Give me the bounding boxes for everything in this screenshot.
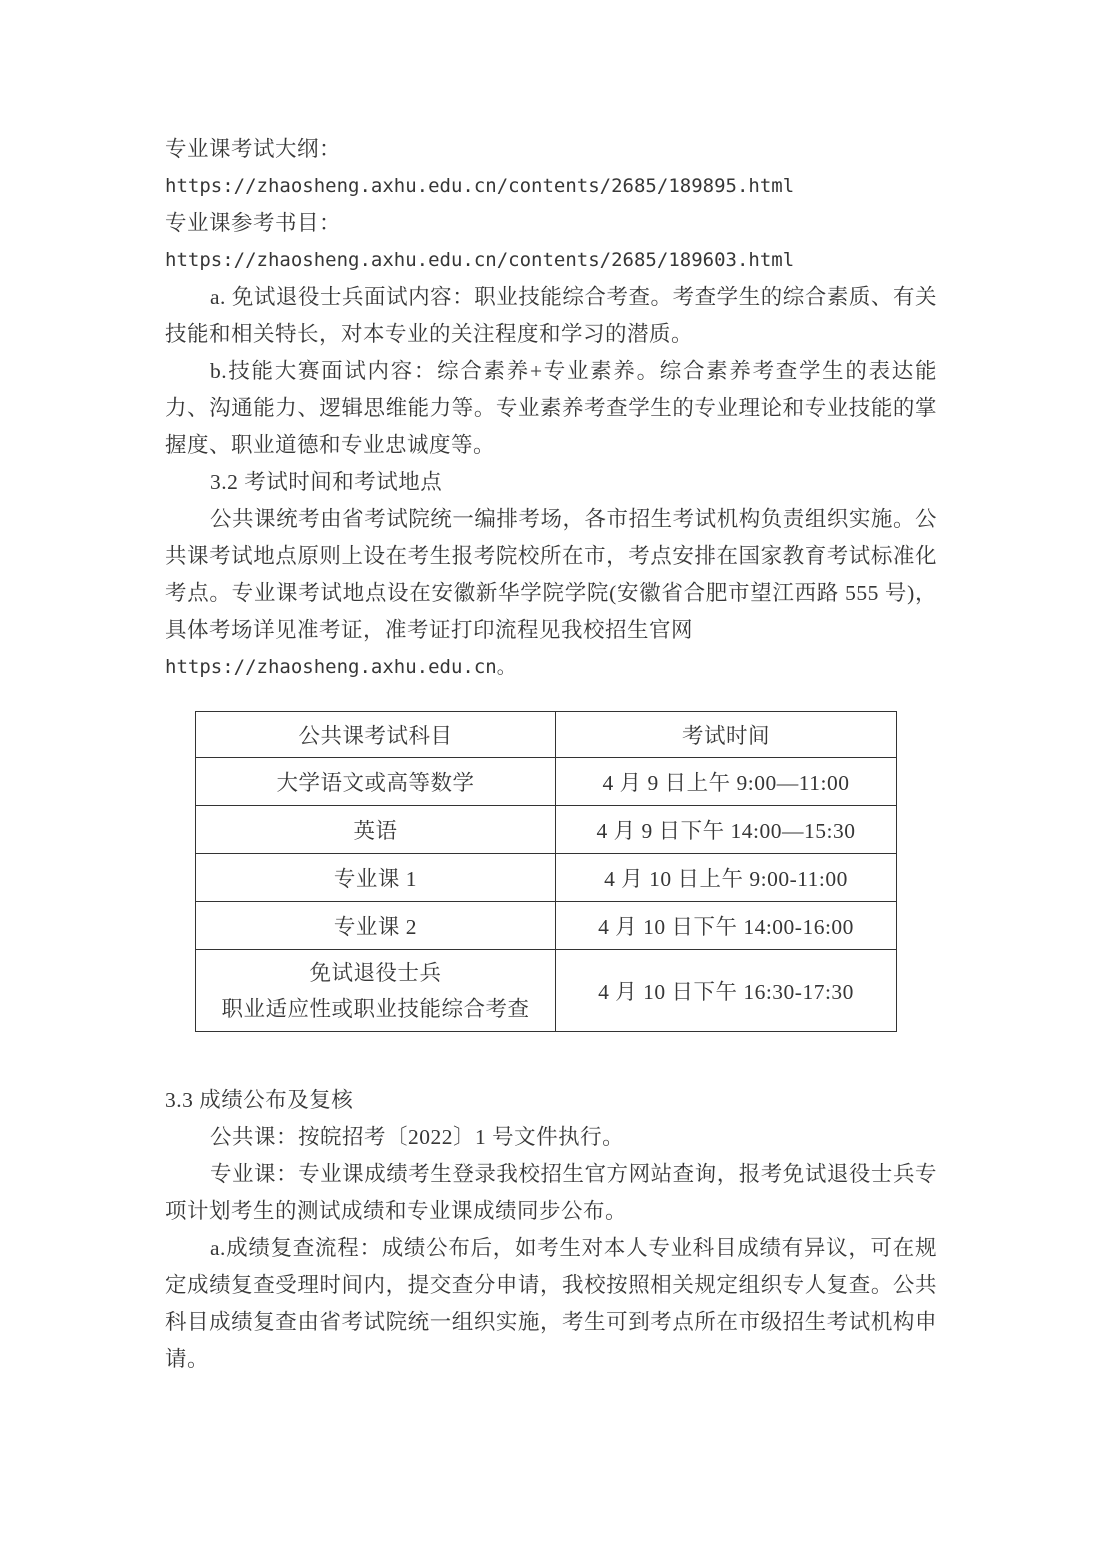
- url-reference-books[interactable]: https://zhaosheng.axhu.edu.cn/contents/2…: [165, 242, 937, 279]
- table-row: 专业课 1 4 月 10 日上午 9:00-11:00: [196, 854, 897, 902]
- cell-subject-line1: 免试退役士兵: [196, 955, 555, 991]
- cell-subject: 大学语文或高等数学: [196, 758, 556, 806]
- table-row: 免试退役士兵 职业适应性或职业技能综合考查 4 月 10 日下午 16:30-1…: [196, 950, 897, 1032]
- paragraph-reference-label: 专业课参考书目：: [165, 205, 937, 242]
- table-row: 专业课 2 4 月 10 日下午 14:00-16:00: [196, 902, 897, 950]
- paragraph-public-course-score: 公共课：按皖招考〔2022〕1 号文件执行。: [165, 1119, 937, 1156]
- table-row: 大学语文或高等数学 4 月 9 日上午 9:00—11:00: [196, 758, 897, 806]
- table-header-time: 考试时间: [556, 712, 897, 758]
- cell-time: 4 月 9 日上午 9:00—11:00: [556, 758, 897, 806]
- cell-subject: 英语: [196, 806, 556, 854]
- paragraph-exam-location: 公共课统考由省考试院统一编排考场，各市招生考试机构负责组织实施。公共课考试地点原…: [165, 501, 937, 649]
- cell-time: 4 月 10 日上午 9:00-11:00: [556, 854, 897, 902]
- table-header-row: 公共课考试科目 考试时间: [196, 712, 897, 758]
- paragraph-outline-label: 专业课考试大纲：: [165, 131, 937, 168]
- table-row: 英语 4 月 9 日下午 14:00—15:30: [196, 806, 897, 854]
- paragraph-veteran-interview: a. 免试退役士兵面试内容：职业技能综合考查。考查学生的综合素质、有关技能和相关…: [165, 279, 937, 353]
- paragraph-skill-competition-interview: b.技能大赛面试内容：综合素养+专业素养。综合素养考查学生的表达能力、沟通能力、…: [165, 353, 937, 464]
- cell-time: 4 月 9 日下午 14:00—15:30: [556, 806, 897, 854]
- document-page: 专业课考试大纲： https://zhaosheng.axhu.edu.cn/c…: [0, 0, 1102, 1559]
- heading-3-3: 3.3 成绩公布及复核: [165, 1082, 937, 1119]
- url-exam-outline[interactable]: https://zhaosheng.axhu.edu.cn/contents/2…: [165, 168, 937, 205]
- cell-subject: 免试退役士兵 职业适应性或职业技能综合考查: [196, 950, 556, 1032]
- paragraph-professional-course-score: 专业课：专业课成绩考生登录我校招生官方网站查询，报考免试退役士兵专项计划考生的测…: [165, 1156, 937, 1230]
- cell-time: 4 月 10 日下午 16:30-17:30: [556, 950, 897, 1032]
- document-content: 专业课考试大纲： https://zhaosheng.axhu.edu.cn/c…: [165, 131, 937, 1378]
- cell-subject: 专业课 1: [196, 854, 556, 902]
- url-admissions-site[interactable]: https://zhaosheng.axhu.edu.cn。: [165, 649, 937, 686]
- cell-subject: 专业课 2: [196, 902, 556, 950]
- cell-time: 4 月 10 日下午 14:00-16:00: [556, 902, 897, 950]
- heading-3-2: 3.2 考试时间和考试地点: [165, 464, 937, 501]
- exam-schedule-table: 公共课考试科目 考试时间 大学语文或高等数学 4 月 9 日上午 9:00—11…: [195, 711, 897, 1032]
- cell-subject-line2: 职业适应性或职业技能综合考查: [196, 991, 555, 1027]
- table-header-subject: 公共课考试科目: [196, 712, 556, 758]
- paragraph-score-review: a.成绩复查流程：成绩公布后，如考生对本人专业科目成绩有异议，可在规定成绩复查受…: [165, 1230, 937, 1378]
